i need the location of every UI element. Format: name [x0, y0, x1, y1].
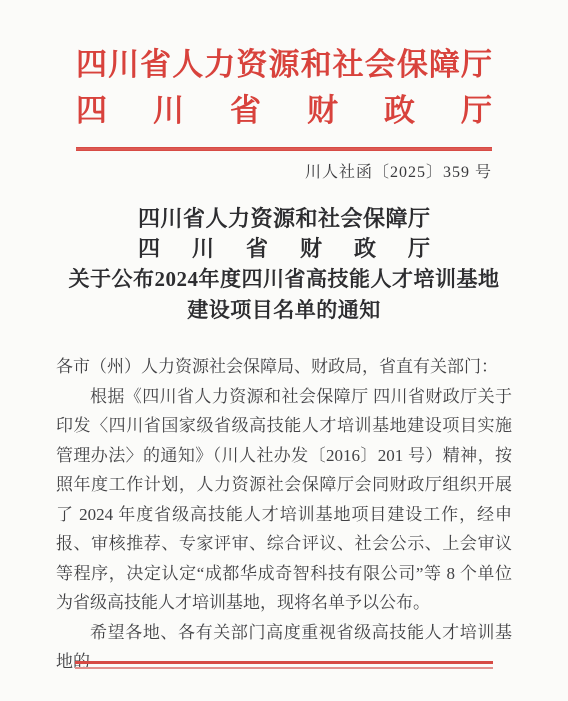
title-org-lines: 四川省人力资源和社会保障厅 四川省财政厅	[138, 204, 430, 264]
document-page: 四川省人力资源和社会保障厅 四川省财政厅 川人社函〔2025〕359 号 四川省…	[0, 0, 568, 701]
salutation-line: 各市（州）人力资源社会保障局、财政局，省直有关部门：	[56, 352, 512, 382]
title-subject-line-1: 关于公布2024年度四川省高技能人才培训基地	[0, 264, 568, 295]
title-org-line-2: 四川省财政厅	[138, 234, 430, 264]
title-org-line-1: 四川省人力资源和社会保障厅	[138, 204, 430, 234]
letterhead-org-line-1: 四川省人力资源和社会保障厅	[76, 42, 492, 88]
footer-rule	[75, 661, 493, 669]
letterhead: 四川省人力资源和社会保障厅 四川省财政厅	[76, 42, 492, 134]
document-number: 川人社函〔2025〕359 号	[76, 163, 492, 183]
letterhead-org-line-2: 四川省财政厅	[76, 88, 492, 134]
letterhead-rule	[76, 147, 492, 151]
document-body: 各市（州）人力资源社会保障局、财政局，省直有关部门： 根据《四川省人力资源和社会…	[56, 352, 512, 677]
title-subject-line-2: 建设项目名单的通知	[0, 295, 568, 326]
document-title: 四川省人力资源和社会保障厅 四川省财政厅 关于公布2024年度四川省高技能人才培…	[0, 204, 568, 326]
body-paragraph-1: 根据《四川省人力资源和社会保障厅 四川省财政厅关于印发〈四川省国家级省级高技能人…	[56, 382, 512, 618]
